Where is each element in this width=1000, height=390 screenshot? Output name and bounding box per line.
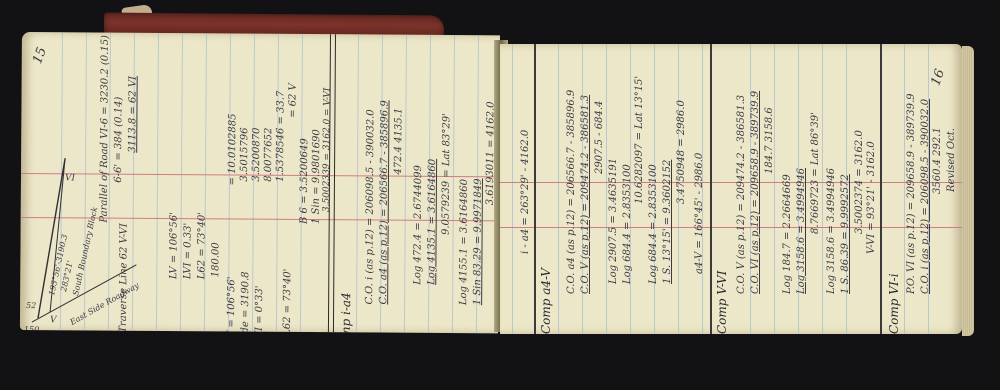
handwritten-line: Log 4135.1 = 3.6164860 <box>426 159 439 285</box>
handwritten-line: Log 3158.6 = 3.4994946 <box>796 168 808 294</box>
diagram-label: VI <box>65 172 75 184</box>
handwritten-line: C.O. i (as p.12) = 206098.5 - 390032.0 <box>364 109 377 304</box>
handwritten-line: Log 3158.6 = 3.4994946 <box>826 168 838 294</box>
handwritten-line: Log 184.7 = 2.2664669 <box>782 174 794 294</box>
handwritten-line: C.O. i (as p.12) = 206098.5 - 390032.0 <box>920 99 932 294</box>
handwritten-line: 184.7 3158.6 <box>764 107 776 174</box>
handwritten-line: Log 4155.1 = 3.6164860 <box>458 179 471 305</box>
handwritten-line: C.O. VI (as p.12) = 209658.9 - 389739.9 <box>750 91 762 294</box>
handwritten-line: Log 2907.5 = 3.4635191 <box>608 158 620 284</box>
handwritten-line: 2907.5 - 684.4 <box>594 101 606 174</box>
handwritten-line: Traverse Line 62 V-VI <box>118 223 131 332</box>
handwritten-line: 9.0579239 = Lat 83°29' <box>441 113 454 235</box>
handwritten-line: Log 684.4 = 2.8353100 <box>622 164 634 284</box>
handwritten-line: 180.00 <box>210 242 222 277</box>
handwritten-line: = 62 V <box>287 83 299 118</box>
handwritten-line: 10.6282097 = Lat 13°15' <box>634 76 646 204</box>
ruling <box>822 44 823 334</box>
handwritten-line: Log 472.4 = 2.6744099 <box>412 165 425 285</box>
header-line: i - a4 = 263°29' - 4162.0 <box>520 130 532 254</box>
handwritten-line: C.O. V (as p.12) = 209474.2 - 386581.3 <box>736 95 748 294</box>
ruling <box>156 33 159 331</box>
handwritten-line: 8.7669723 = Lat 86°39' <box>810 112 822 234</box>
handwritten-line: C.O. a4 (as p.12) = 206566.7 - 385896.9 <box>378 100 391 304</box>
handwritten-line: 1 Sin 83.29 = 9.9971849 <box>472 178 485 305</box>
ruling <box>904 44 905 334</box>
handwritten-line: 1.5378546 = 33.7 <box>275 91 288 182</box>
section-title: Comp a4-V <box>540 268 552 334</box>
ruling <box>512 44 513 334</box>
handwritten-line: a4-V = 166°45' - 2986.0 <box>694 153 706 274</box>
handwritten-line: LV = 106°56' <box>168 212 180 279</box>
ruling <box>180 33 183 331</box>
handwritten-line: L62 = 73°40' <box>196 212 208 279</box>
handwritten-line: L62 = 73°40' <box>282 269 294 334</box>
ruling <box>774 44 775 334</box>
ruling <box>558 44 559 334</box>
handwritten-line: 8.0077652 <box>263 128 275 182</box>
handwritten-line: 6-6' = 384 (0.14) <box>113 97 126 183</box>
handwritten-line: Log 684.4 = 2.8353100 <box>648 164 660 284</box>
right-page: 16 i - a4 = 263°29' - 4162.0 Comp a4-V C… <box>500 44 962 334</box>
page-number: 16 <box>928 67 948 88</box>
handwritten-line: Side = 3190.8 <box>240 271 253 333</box>
handwritten-line: LV = 106°56' <box>226 276 238 333</box>
handwritten-line: 3.4750948 = 2986.0 <box>676 100 688 204</box>
handwritten-line: 3.5002374 = 3162.0 <box>854 130 866 234</box>
handwritten-line: = V-VI <box>321 88 333 117</box>
diagram-label: 150 <box>24 324 39 333</box>
handwritten-line: 3.5002339 = 3162.0 <box>321 119 334 213</box>
section-title: Comp i-a4 <box>340 292 352 333</box>
left-page: 15 VI V 52 150 193°56'-3190.3 283°21' So… <box>20 32 500 333</box>
handwritten-line: C.O. V (as p.12) = 209474.2 - 386581.3 <box>580 95 592 294</box>
ruling <box>204 33 207 331</box>
ruling <box>276 34 279 332</box>
handwritten-line: 472.4 4135.1 <box>393 108 405 175</box>
column-divider <box>710 44 712 334</box>
handwritten-line: P.O. VI (as p.12) = 209658.9 - 389739.9 <box>906 94 918 294</box>
handwritten-line: = 10.0102885 <box>227 113 240 185</box>
handwritten-line: 1 S. 86.39 = 9.9992572 <box>840 174 852 294</box>
diagram-label: 52 <box>26 300 36 312</box>
handwritten-line: 1 S. 13°15' = 9.3602152 <box>662 160 674 284</box>
page-edge <box>962 46 974 336</box>
diagram-label: V <box>50 314 57 326</box>
ruling <box>404 35 407 333</box>
section-title: Comp VI-i <box>888 273 900 334</box>
handwritten-line: 3.5200870 <box>251 128 263 182</box>
handwritten-line: 3113.8 = 62 VI <box>127 76 140 153</box>
column-divider <box>534 44 536 334</box>
handwritten-line: 3560.4 292.1 <box>932 127 944 194</box>
handwritten-line: V-VI = 93°21' - 3162.0 <box>866 141 878 254</box>
handwritten-line: LVI = 0.33' <box>182 223 194 279</box>
handwritten-line: C.O. a4 (as p.12) = 206566.7 - 385896.9 <box>566 90 578 294</box>
handwritten-line: Revised Oct. <box>946 128 958 192</box>
column-divider <box>880 44 882 334</box>
section-title: Comp V-VI <box>716 271 728 334</box>
handwritten-line: 3.5015796 <box>239 127 251 181</box>
handwritten-line: Parallel of Road VI-6 = 3230.2 (0.15) <box>99 35 112 223</box>
ruling <box>606 44 607 334</box>
handwritten-line: LVI = 0°33' <box>254 285 266 333</box>
ruling <box>356 34 359 332</box>
handwritten-line: B 6 = 3.5200649 <box>299 138 312 224</box>
